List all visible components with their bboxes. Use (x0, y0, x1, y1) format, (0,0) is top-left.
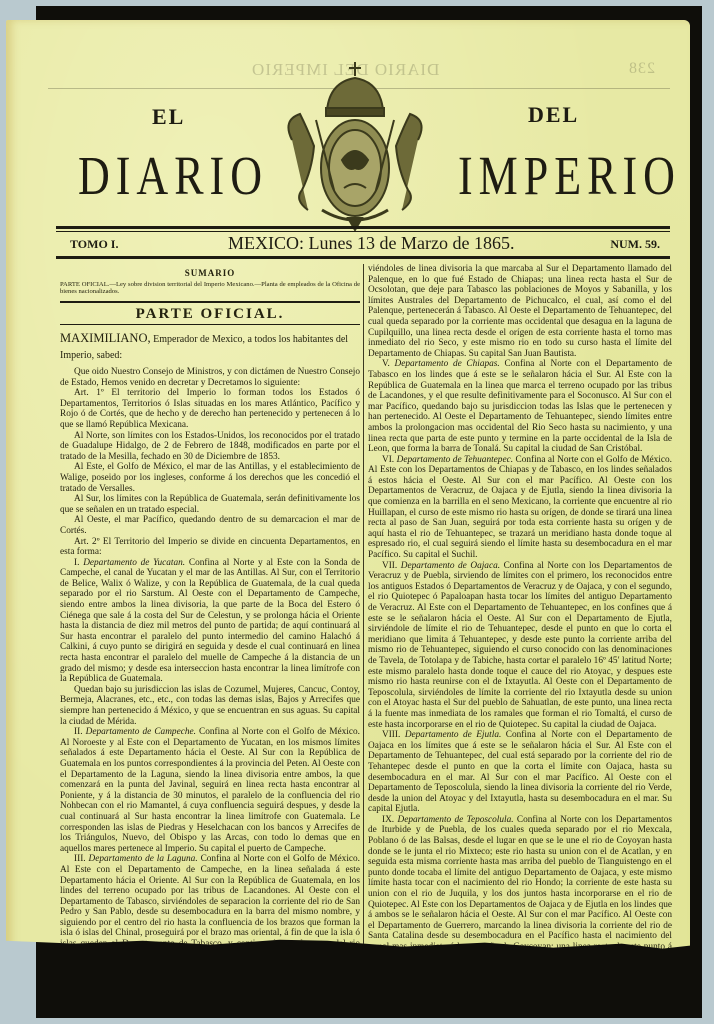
section-separator (60, 301, 360, 303)
summary-title: SUMARIO (60, 268, 360, 279)
left-column: SUMARIO PARTE OFICIAL.—Ley sobre divisio… (60, 264, 360, 1024)
masthead-imperio: IMPERIO (458, 144, 681, 208)
paragraph: Al Sur, los límites con la República de … (60, 494, 360, 515)
issue-date: MEXICO: Lunes 13 de Marzo de 1865. (228, 233, 514, 254)
newspaper-page: DIARIO DEL IMPERIO 238 EL DEL DIARIO IMP… (6, 20, 690, 1010)
paragraph: Que oido Nuestro Consejo de Ministros, y… (60, 367, 360, 388)
masthead-rule-top (56, 226, 670, 229)
summary-text: PARTE OFICIAL.—Ley sobre division territ… (60, 281, 360, 296)
paragraph: Al Norte, son límites con los Estados-Un… (60, 431, 360, 463)
paragraph: Art. 1º El territorio del Imperio lo for… (60, 388, 360, 430)
section-title: PARTE OFICIAL. (60, 309, 360, 320)
paragraph: Al Oeste, el mar Pacífico, quedando dent… (60, 515, 360, 536)
paragraph: Al Este, el Golfo de México, el mar de l… (60, 462, 360, 494)
masthead-rule-top-thin (56, 231, 670, 232)
masthead-rule-bottom (56, 256, 670, 259)
department-entry: II. Departamento de Campeche. Confina al… (60, 727, 360, 854)
department-entry: VIII. Departamento de Ejutla. Confina al… (368, 730, 672, 815)
issue-number: NUM. 59. (610, 237, 660, 252)
department-entry: VII. Departamento de Oajaca. Confina al … (368, 561, 672, 731)
masthead-el: EL (152, 104, 185, 130)
department-entry: VI. Departamento de Tehuantepec. Confina… (368, 455, 672, 561)
section-separator-thin (60, 324, 360, 325)
bleed-through-page-number: 238 (628, 60, 655, 78)
right-column: viéndoles de linea divisoria la que marc… (368, 264, 672, 995)
volume-label: TOMO I. (70, 237, 118, 252)
paragraph: Art. 2º El Territorio del Imperio se div… (60, 537, 360, 558)
department-entry: V. Departamento de Chiapas. Confina al N… (368, 359, 672, 454)
decree-heading: MAXIMILIANO, Emperador de Mexico, a todo… (60, 331, 360, 363)
dateline: TOMO I. MEXICO: Lunes 13 de Marzo de 186… (56, 233, 670, 255)
column-divider (363, 264, 364, 970)
department-entry: I. Departamento de Yucatan. Confina al N… (60, 558, 360, 685)
masthead-diario: DIARIO (78, 144, 268, 208)
paragraph: Quedan bajo su jurisdiccion las islas de… (60, 685, 360, 727)
paragraph: viéndoles de linea divisoria la que marc… (368, 264, 672, 359)
imperial-crest-icon (272, 60, 438, 232)
masthead-del: DEL (528, 102, 579, 128)
